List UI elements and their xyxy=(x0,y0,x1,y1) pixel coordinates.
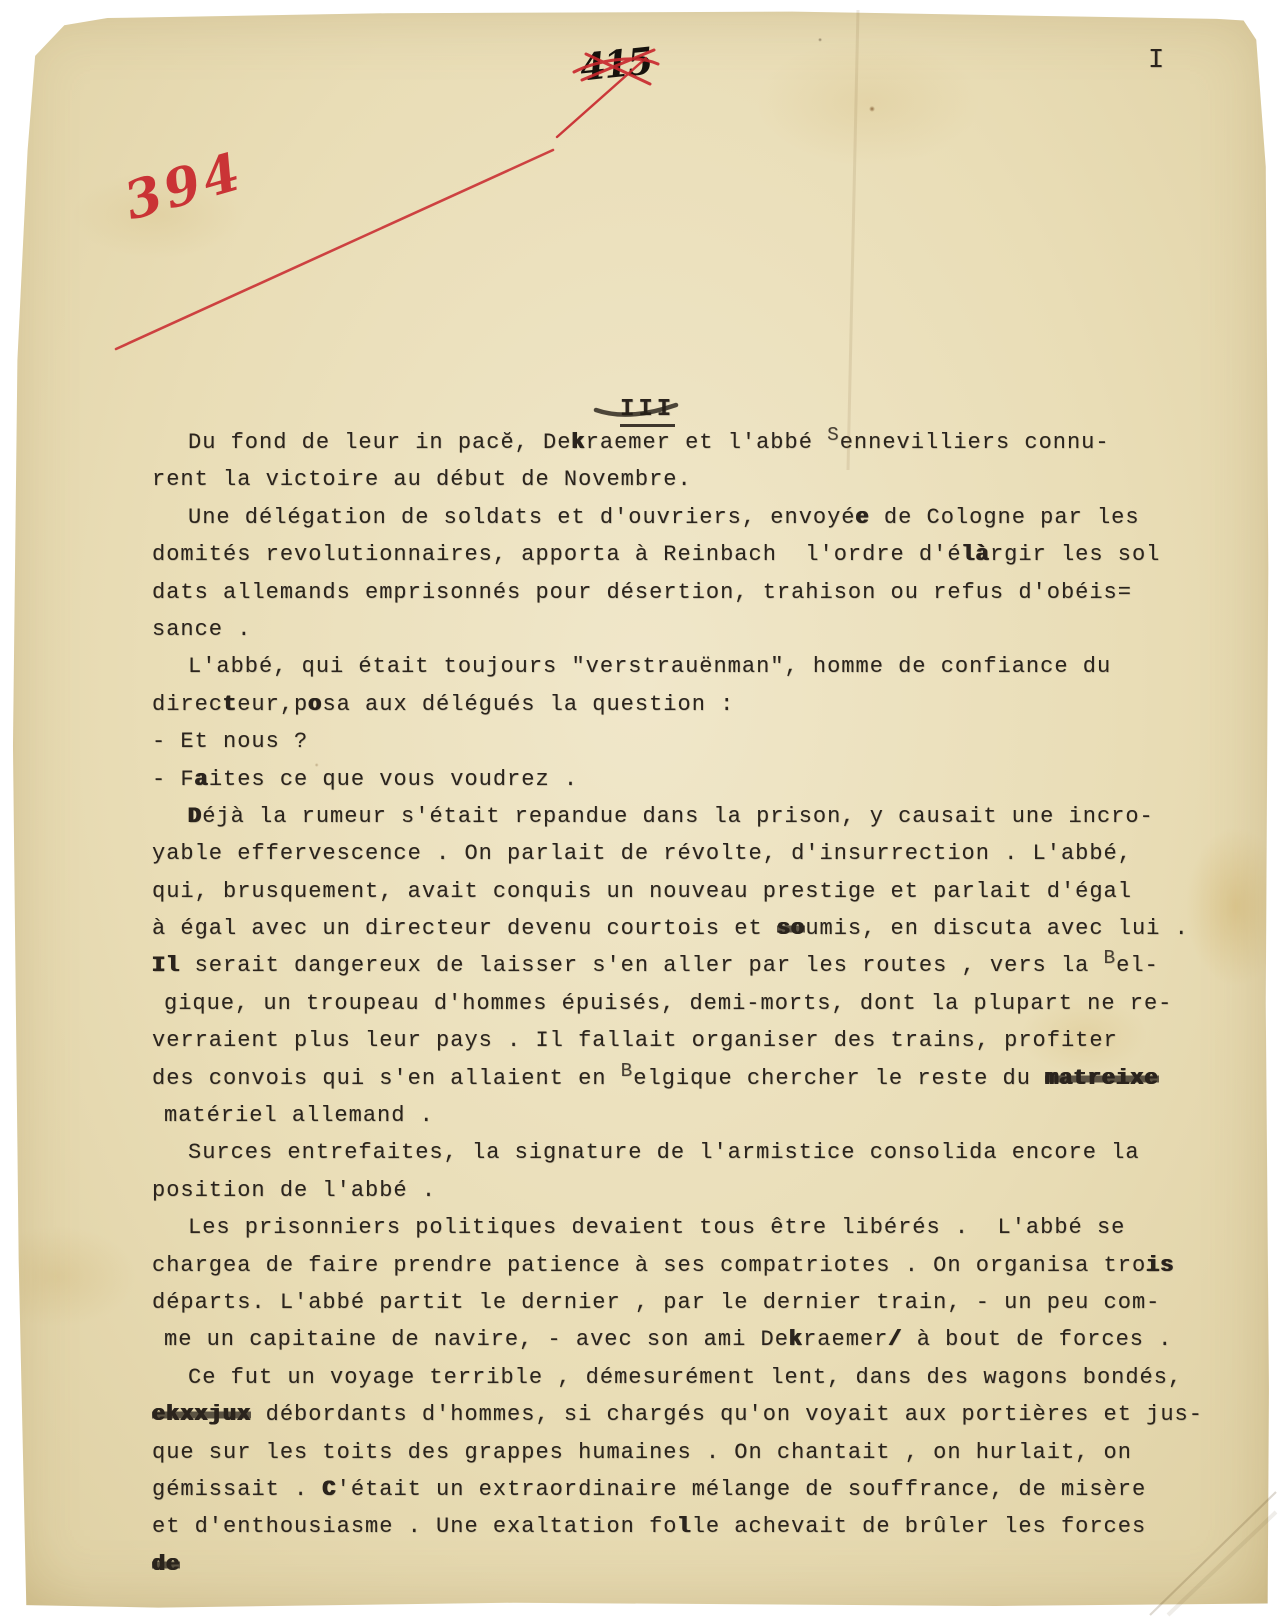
text-segment: - Et nous ? xyxy=(152,729,308,754)
text-line: rent la victoire au début de Novembre. xyxy=(152,461,1237,498)
text-line: Il serait dangereux de laisser s'en alle… xyxy=(152,947,1237,984)
text-line: sance . xyxy=(152,611,1237,648)
text-segment: Il xyxy=(152,953,180,978)
text-line: de xyxy=(152,1546,1237,1583)
text-segment: gémissait . xyxy=(152,1477,322,1502)
text-segment: eur,p xyxy=(237,692,308,717)
text-segment: / xyxy=(888,1327,902,1352)
text-line: Surces entrefaites, la signature de l'ar… xyxy=(152,1134,1237,1171)
text-segment: là xyxy=(962,542,990,567)
text-segment: gique, un troupeau d'hommes épuisés, dem… xyxy=(164,991,1172,1016)
text-segment: L'abbé, qui était toujours "verstrauënma… xyxy=(188,654,1111,679)
text-segment: direc xyxy=(152,692,223,717)
text-segment: serait dangereux de laisser s'en aller p… xyxy=(180,953,1103,978)
text-segment: sa aux délégués la question : xyxy=(322,692,734,717)
text-line: et d'enthousiasme . Une exaltation folle… xyxy=(152,1508,1237,1545)
text-segment: qui, brusquement, avait conquis un nouve… xyxy=(152,879,1132,904)
text-line: me un capitaine de navire, - avec son am… xyxy=(152,1321,1237,1358)
text-line: gémissait . C'était un extraordinaire mé… xyxy=(152,1471,1237,1508)
text-segment: à bout de forces . xyxy=(903,1327,1173,1352)
text-segment: Ce fut un voyage terrible , démesurément… xyxy=(188,1365,1182,1390)
text-segment: S xyxy=(827,417,840,454)
text-segment: k xyxy=(789,1327,803,1352)
text-segment: verraient plus leur pays . Il fallait or… xyxy=(152,1028,1118,1053)
text-line: Une délégation de soldats et d'ouvriers,… xyxy=(152,499,1237,536)
text-segment: ennevilliers connu- xyxy=(840,430,1110,455)
text-line: yable effervescence . On parlait de révo… xyxy=(152,835,1237,872)
text-line: qui, brusquement, avait conquis un nouve… xyxy=(152,873,1237,910)
text-line: des convois qui s'en allaient en Belgiqu… xyxy=(152,1060,1237,1097)
text-line: L'abbé, qui était toujours "verstrauënma… xyxy=(152,648,1237,685)
text-segment: départs. L'abbé partit le dernier , par … xyxy=(152,1290,1160,1315)
text-segment: me un capitaine de navire, - avec son am… xyxy=(164,1327,789,1352)
text-segment: sance . xyxy=(152,617,251,642)
text-line: Ce fut un voyage terrible , démesurément… xyxy=(152,1359,1237,1396)
scanned-manuscript-page: 394 415 I III Du fond de leur in pacĕ, D… xyxy=(0,0,1280,1618)
text-segment: elgique chercher le reste du xyxy=(633,1066,1045,1091)
text-line: - Et nous ? xyxy=(152,723,1237,760)
text-segment: rgir les sol xyxy=(990,542,1160,567)
text-segment: k xyxy=(571,430,585,455)
text-segment: Surces entrefaites, la signature de l'ar… xyxy=(188,1140,1140,1165)
text-segment: matériel allemand . xyxy=(164,1103,434,1128)
text-segment: a xyxy=(195,767,209,792)
text-segment: des convois qui s'en allaient en xyxy=(152,1066,621,1091)
struck-out-word: so xyxy=(777,916,805,941)
text-segment: D xyxy=(188,804,202,829)
crossed-out-number: 415 xyxy=(578,38,653,89)
text-segment: B xyxy=(621,1053,634,1090)
text-segment: que sur les toits des grappes humaines .… xyxy=(152,1440,1132,1465)
text-line: à égal avec un directeur devenu courtois… xyxy=(152,910,1237,947)
text-line: que sur les toits des grappes humaines .… xyxy=(152,1434,1237,1471)
text-line: domités revolutionnaires, apporta à Rein… xyxy=(152,536,1237,573)
text-segment: raemer et l'abbé xyxy=(586,430,827,455)
text-segment: yable effervescence . On parlait de révo… xyxy=(152,841,1132,866)
struck-out-word: de xyxy=(152,1552,180,1577)
text-segment: raemer xyxy=(803,1327,888,1352)
text-segment: C xyxy=(322,1477,336,1502)
text-segment: is xyxy=(1146,1253,1174,1278)
typewritten-text-block: Du fond de leur in pacĕ, Dekraemer et l'… xyxy=(152,424,1237,1583)
text-segment: position de l'abbé . xyxy=(152,1178,436,1203)
text-segment: umis, en discuta avec lui . xyxy=(805,916,1188,941)
text-segment: B xyxy=(1104,940,1117,977)
text-line: Du fond de leur in pacĕ, Dekraemer et l'… xyxy=(152,424,1237,461)
text-segment: dats allemands emprisonnés pour désertio… xyxy=(152,580,1132,605)
text-segment: l xyxy=(677,1514,691,1539)
text-segment: 'était un extraordinaire mélange de souf… xyxy=(337,1477,1147,1502)
text-segment: - F xyxy=(152,767,195,792)
text-segment: débordants d'hommes, si chargés qu'on vo… xyxy=(251,1402,1203,1427)
text-line: chargea de faire prendre patience à ses … xyxy=(152,1247,1237,1284)
text-segment: de Cologne par les xyxy=(870,505,1140,530)
text-line: départs. L'abbé partit le dernier , par … xyxy=(152,1284,1237,1321)
chapter-heading: III xyxy=(620,396,675,427)
text-line: ekxxjux débordants d'hommes, si chargés … xyxy=(152,1396,1237,1433)
text-line: matériel allemand . xyxy=(152,1097,1237,1134)
text-segment: ites ce que vous voudrez . xyxy=(209,767,578,792)
text-segment: e xyxy=(856,505,870,530)
text-segment: t xyxy=(223,692,237,717)
text-segment: le achevait de brûler les forces xyxy=(692,1514,1146,1539)
text-segment: Du fond de leur in pacĕ, De xyxy=(188,430,571,455)
struck-out-word: ekxxjux xyxy=(152,1402,251,1427)
text-segment: Les prisonniers politiques devaient tous… xyxy=(188,1215,1125,1240)
text-segment: el- xyxy=(1116,953,1159,978)
text-line: gique, un troupeau d'hommes épuisés, dem… xyxy=(152,985,1237,1022)
text-segment: domités revolutionnaires, apporta à Rein… xyxy=(152,542,962,567)
text-line: Déjà la rumeur s'était repandue dans la … xyxy=(152,798,1237,835)
text-segment: o xyxy=(308,692,322,717)
text-line: position de l'abbé . xyxy=(152,1172,1237,1209)
struck-out-word: matreixe xyxy=(1045,1066,1159,1091)
text-line: Les prisonniers politiques devaient tous… xyxy=(152,1209,1237,1246)
text-line: directeur,posa aux délégués la question … xyxy=(152,686,1237,723)
text-line: verraient plus leur pays . Il fallait or… xyxy=(152,1022,1237,1059)
text-segment: et d'enthousiasme . Une exaltation fo xyxy=(152,1514,677,1539)
text-line: - Faites ce que vous voudrez . xyxy=(152,761,1237,798)
text-segment: chargea de faire prendre patience à ses … xyxy=(152,1253,1146,1278)
text-segment: Une délégation de soldats et d'ouvriers,… xyxy=(188,505,856,530)
text-segment: éjà la rumeur s'était repandue dans la p… xyxy=(202,804,1154,829)
text-segment: à égal avec un directeur devenu courtois… xyxy=(152,916,777,941)
text-line: dats allemands emprisonnés pour désertio… xyxy=(152,574,1237,611)
typed-page-numeral: I xyxy=(1148,46,1164,76)
text-segment: rent la victoire au début de Novembre. xyxy=(152,467,692,492)
